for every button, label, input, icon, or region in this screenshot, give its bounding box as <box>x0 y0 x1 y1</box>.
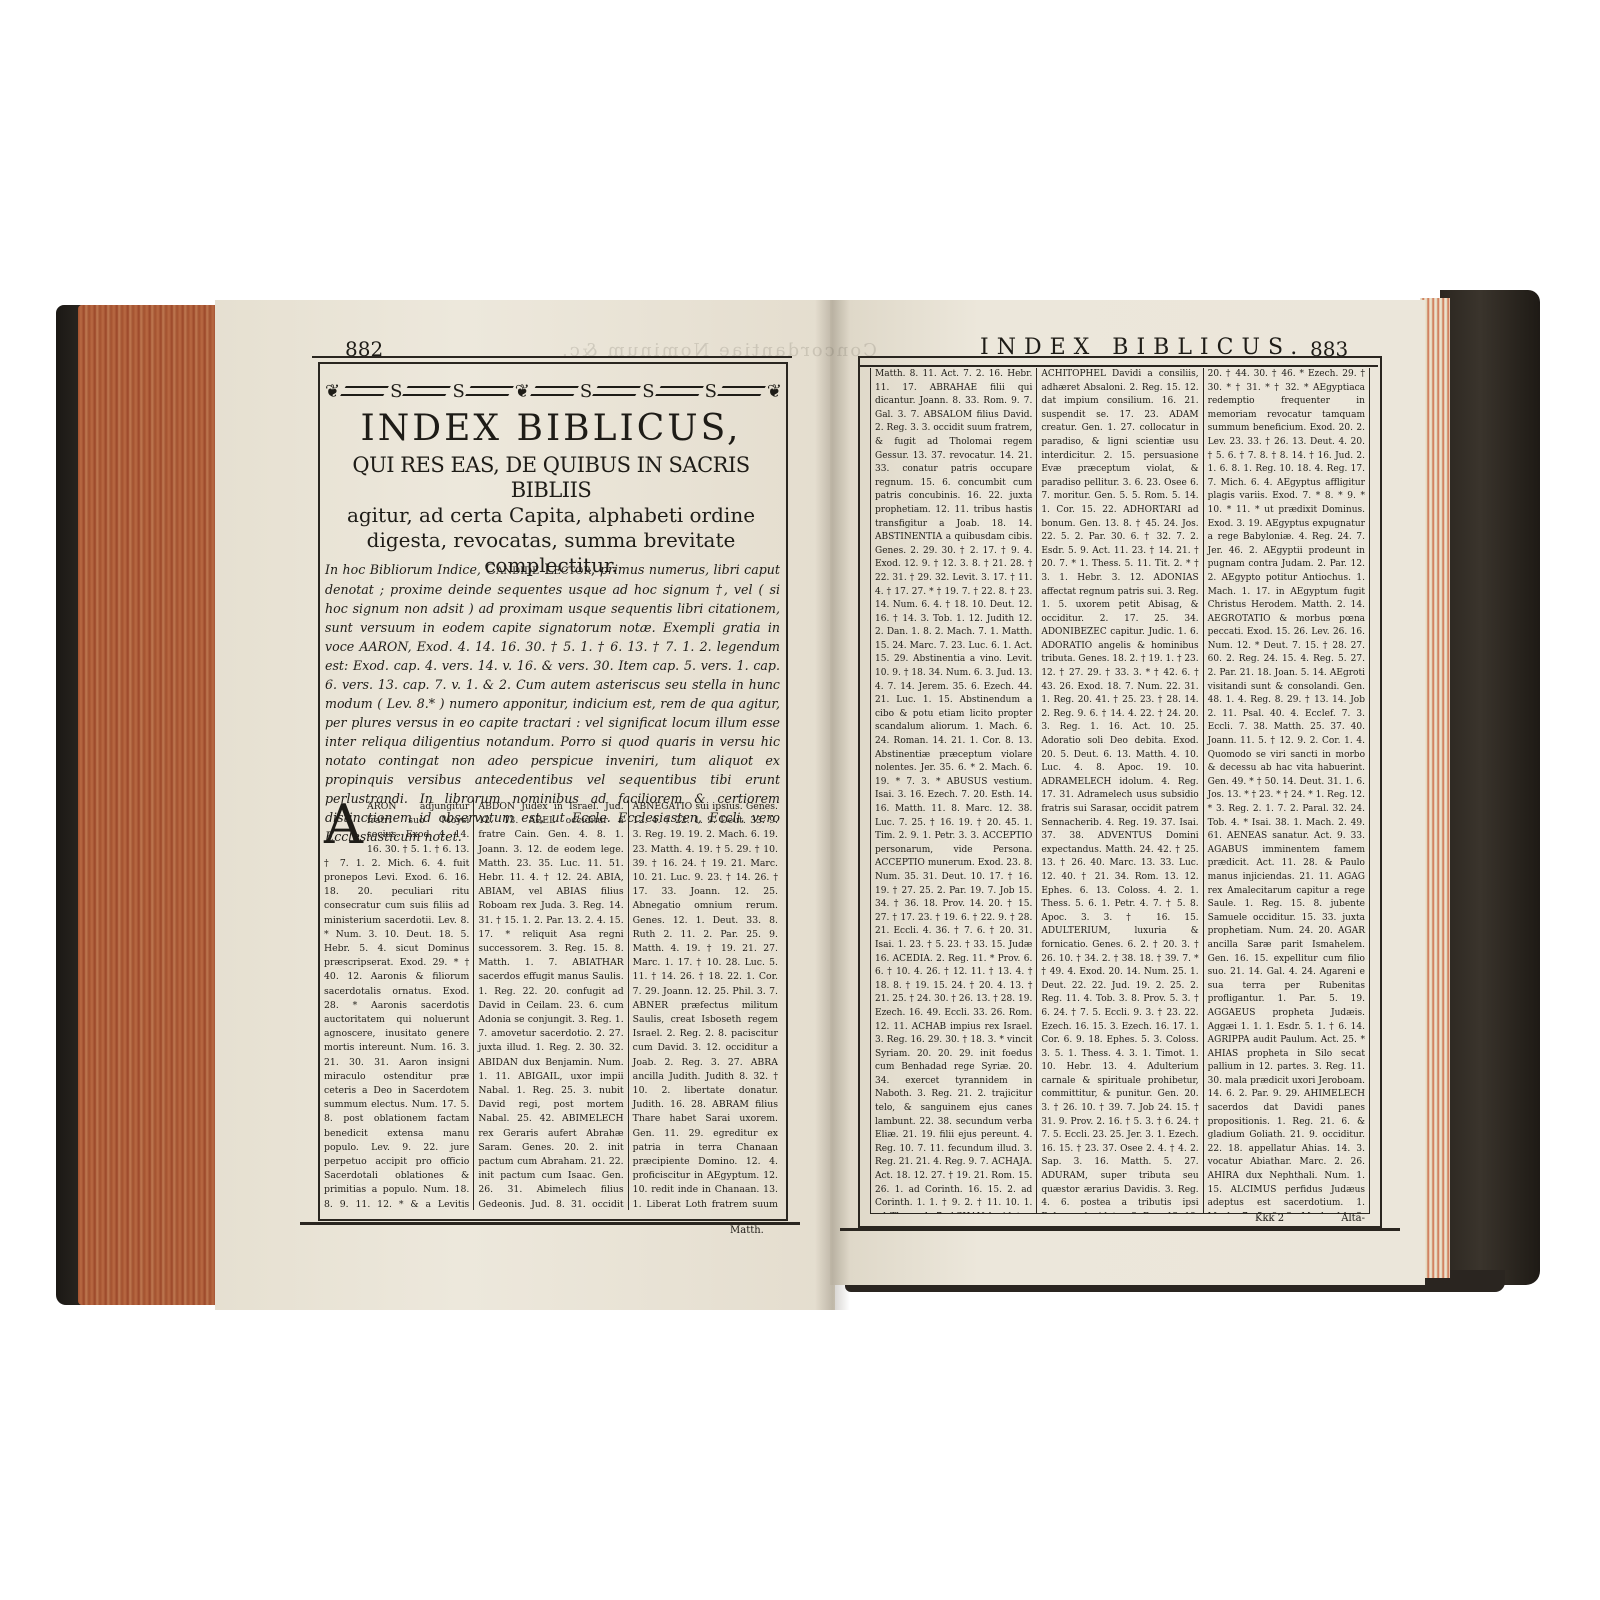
left-index-columns: A ARON adjungitur fratri suo Moysi sociu… <box>320 800 782 1210</box>
signature-mark: Kkk 2 <box>1255 1213 1284 1224</box>
index-column: 20. † 44. 30. † 46. * Ezech. 29. † 30. *… <box>1203 368 1369 1213</box>
left-red-page-edges <box>78 305 218 1305</box>
drop-capital: A <box>324 802 363 848</box>
index-title: INDEX BIBLICUS, <box>318 408 784 449</box>
index-column: A ARON adjungitur fratri suo Moysi sociu… <box>320 800 473 1210</box>
s-mark-icon: S <box>642 381 653 402</box>
index-column: Matth. 8. 11. Act. 7. 2. 16. Hebr. 11. 1… <box>871 368 1036 1213</box>
subtitle-caps-line: QUI RES EAS, DE QUIBUS IN SACRIS BIBLIIS <box>318 453 784 503</box>
s-mark-icon: S <box>705 381 716 402</box>
ornament-band <box>655 386 704 396</box>
open-book: 882 Concordantiae Nominum &c. ❦ S S ❦ S … <box>0 0 1600 1600</box>
ornament-band <box>465 386 514 396</box>
s-mark-icon: S <box>580 381 591 402</box>
fleuron-icon: ❦ <box>325 381 339 402</box>
s-mark-icon: S <box>390 381 401 402</box>
preface-address: Candide Lector, <box>485 562 595 578</box>
catchword: Alta- <box>1341 1213 1365 1224</box>
book-gutter <box>815 300 850 1310</box>
ornament-band <box>530 386 579 396</box>
ornament-band <box>403 386 452 396</box>
column-text: ARON adjungitur fratri suo Moysi socius.… <box>324 801 469 1210</box>
fleuron-icon: ❦ <box>767 381 781 402</box>
catchword: Matth. <box>730 1225 764 1236</box>
preface-lead: In hoc Bibliorum Indice, <box>325 562 481 577</box>
index-column: ABNEGATIO sui ipsius. Genes. 12. 4. † 22… <box>628 800 782 1210</box>
ornament-band <box>592 386 641 396</box>
right-index-columns: Matth. 8. 11. Act. 7. 2. 16. Hebr. 11. 1… <box>870 368 1370 1214</box>
left-bottom-rule <box>300 1222 800 1225</box>
s-mark-icon: S <box>452 381 463 402</box>
ornament-band <box>717 386 766 396</box>
index-column: ACHITOPHEL Davidi a consiliis, adhæret A… <box>1036 368 1202 1213</box>
right-bottom-rule <box>840 1228 1400 1231</box>
page-footer: Kkk 2 Alta- <box>1255 1213 1365 1224</box>
index-column: ABDON Judex in Israel. Jud. 12. 13. ABEL… <box>473 800 627 1210</box>
fleuron-icon: ❦ <box>515 381 529 402</box>
right-leather-cover <box>1440 290 1540 1285</box>
decorative-headpiece: ❦ S S ❦ S S S ❦ <box>325 378 781 404</box>
right-head-rule <box>860 365 1378 367</box>
ornament-band <box>340 386 389 396</box>
